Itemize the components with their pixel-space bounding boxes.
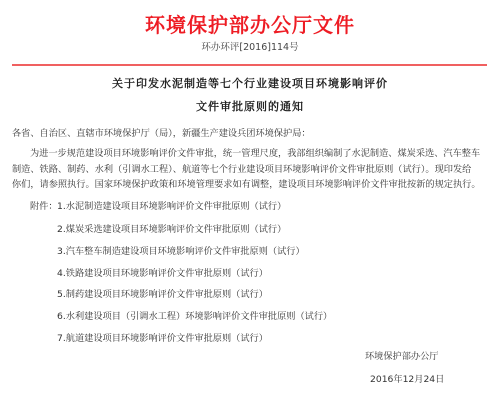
attachment-item: 7.航道建设项目环境影响评价文件审批原则（试行） (57, 330, 268, 344)
body-paragraph-line-2: 制造、铁路、制药、水利（引调水工程）、航道等七个行业建设项目环境影响评价文件审批… (12, 161, 471, 175)
issuer-title: 环境保护部办公厅文件 (0, 9, 500, 38)
attachment-item: 3.汽车整车制造建设项目环境影响评价文件审批原则（试行） (57, 243, 305, 257)
attachment-item: 1.水泥制造建设项目环境影响评价文件审批原则（试行） (57, 198, 286, 212)
body-paragraph-line-1: 为进一步规范建设项目环境影响评价文件审批，统一管理尺度，我部组织编制了水泥制造、… (30, 145, 480, 159)
attachments-label: 附件： (30, 198, 58, 212)
document-number: 环办环评[2016]114号 (0, 39, 500, 53)
addressee: 各省、自治区、直辖市环境保护厅（局），新疆生产建设兵团环境保护局： (12, 125, 311, 139)
attachment-item: 4.铁路建设项目环境影响评价文件审批原则（试行） (57, 265, 268, 279)
attachment-item: 2.煤炭采选建设项目环境影响评价文件审批原则（试行） (57, 221, 286, 235)
attachment-item: 6.水利建设项目（引调水工程）环境影响评价文件审批原则（试行） (57, 308, 332, 322)
signature: 环境保护部办公厅 (365, 348, 439, 362)
body-paragraph-line-3: 你们，请参照执行。国家环境保护政策和环境管理要求如有调整，建设项目环境影响评价文… (12, 176, 481, 190)
issue-date: 2016年12月24日 (370, 371, 444, 385)
notice-title-line-1: 关于印发水泥制造等七个行业建设项目环境影响评价 (0, 75, 500, 91)
attachment-item: 5.制药建设项目环境影响评价文件审批原则（试行） (57, 286, 268, 300)
red-divider (12, 64, 487, 66)
notice-title-line-2: 文件审批原则的通知 (0, 98, 500, 114)
